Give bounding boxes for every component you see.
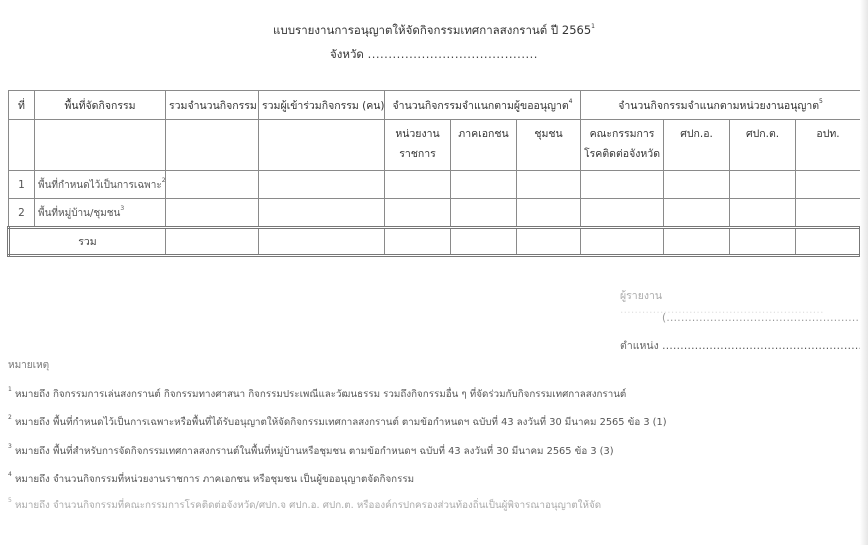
cell-total-participants[interactable] <box>259 171 385 199</box>
subheader-line: ศปก.อ. <box>680 128 713 140</box>
header-by-authority-text: จำนวนกิจกรรมจำแนกตามหน่วยงานอนุญาต <box>618 100 819 112</box>
footnote-mark: 5 <box>8 497 12 504</box>
header-by-requester: จำนวนกิจกรรมจำแนกตามผู้ขออนุญาต4 <box>385 91 581 120</box>
footnote-2: 2 หมายถึง พื้นที่กำหนดไว้เป็นการเฉพาะหรื… <box>8 414 667 430</box>
footnote-mark: 3 <box>8 443 12 450</box>
reporter-name-line: (.......................................… <box>662 312 868 324</box>
row-area-text: พื้นที่หมู่บ้าน/ชุมชน <box>38 208 120 219</box>
subheader-line: หน่วยงาน <box>395 128 439 140</box>
report-title: แบบรายงานการอนุญาตให้จัดกิจกรรมเทศกาลสงก… <box>0 22 868 40</box>
cell-community[interactable] <box>517 199 581 228</box>
province-label: จังหวัด <box>330 47 364 61</box>
cell-subdistrict-center[interactable] <box>730 199 796 228</box>
footnote-mark-3: 3 <box>120 205 124 212</box>
total-participants[interactable] <box>259 228 385 256</box>
report-title-text: แบบรายงานการอนุญาตให้จัดกิจกรรมเทศกาลสงก… <box>273 23 591 37</box>
cell-total-participants[interactable] <box>259 199 385 228</box>
total-local-admin[interactable] <box>796 228 861 256</box>
cell-government[interactable] <box>385 199 451 228</box>
header-total-activities: รวมจำนวนกิจกรรม <box>166 91 259 120</box>
reporter-label: ผู้รายงาน <box>620 290 662 302</box>
header-row-1: ที่ พื้นที่จัดกิจกรรม รวมจำนวนกิจกรรม รว… <box>9 91 861 120</box>
header-blank <box>166 120 259 171</box>
subheader-subdistrict-center: ศปก.ต. <box>730 120 796 171</box>
footnote-text: หมายถึง จำนวนกิจกรรมที่คณะกรรมการโรคติดต… <box>15 500 601 511</box>
header-no: ที่ <box>9 91 35 120</box>
table-row: 1 พื้นที่กำหนดไว้เป็นการเฉพาะ2 <box>9 171 861 199</box>
row-area-text: พื้นที่กำหนดไว้เป็นการเฉพาะ <box>38 180 162 191</box>
position-field[interactable]: ........................................… <box>662 340 862 352</box>
row-number: 1 <box>9 171 35 199</box>
notes-heading: หมายเหตุ <box>8 358 49 373</box>
footnote-4: 4 หมายถึง จำนวนกิจกรรมที่หน่วยงานราชการ … <box>8 471 414 487</box>
footnote-text: หมายถึง จำนวนกิจกรรมที่หน่วยงานราชการ ภา… <box>15 474 414 485</box>
subheader-line: ราชการ <box>399 148 436 160</box>
footnote-mark-5: 5 <box>819 98 823 105</box>
header-blank <box>35 120 166 171</box>
header-total-participants: รวมผู้เข้าร่วมกิจกรรม (คน) <box>259 91 385 120</box>
position-line: ตำแหน่ง ................................… <box>620 337 862 354</box>
subheader-line: โรคติดต่อจังหวัด <box>584 148 660 160</box>
footnote-mark: 4 <box>8 471 12 478</box>
subheader-government: หน่วยงานราชการ <box>385 120 451 171</box>
footnote-3: 3 หมายถึง พื้นที่สำหรับการจัดกิจกรรมเทศก… <box>8 443 614 459</box>
footnote-5: 5 หมายถึง จำนวนกิจกรรมที่คณะกรรมการโรคติ… <box>8 497 601 513</box>
cell-private[interactable] <box>451 171 517 199</box>
cell-subdistrict-center[interactable] <box>730 171 796 199</box>
cell-total-activities[interactable] <box>166 171 259 199</box>
subheader-line: คณะกรรมการ <box>590 128 655 140</box>
cell-private[interactable] <box>451 199 517 228</box>
footnote-text: หมายถึง พื้นที่กำหนดไว้เป็นการเฉพาะหรือพ… <box>15 417 667 428</box>
total-activities[interactable] <box>166 228 259 256</box>
total-government[interactable] <box>385 228 451 256</box>
province-line: จังหวัด ................................… <box>0 46 868 64</box>
total-district-center[interactable] <box>664 228 730 256</box>
total-label: รวม <box>9 228 166 256</box>
report-table: ที่ พื้นที่จัดกิจกรรม รวมจำนวนกิจกรรม รว… <box>7 90 862 257</box>
footnote-mark-1: 1 <box>591 23 595 30</box>
cell-community[interactable] <box>517 171 581 199</box>
footnote-mark-2: 2 <box>162 177 166 184</box>
header-blank <box>9 120 35 171</box>
subheader-provincial-committee: คณะกรรมการโรคติดต่อจังหวัด <box>581 120 664 171</box>
table-row: 2 พื้นที่หมู่บ้าน/ชุมชน3 <box>9 199 861 228</box>
position-label: ตำแหน่ง <box>620 340 659 352</box>
province-field[interactable]: ........................................… <box>368 47 538 61</box>
row-area: พื้นที่หมู่บ้าน/ชุมชน3 <box>35 199 166 228</box>
subheader-line: ภาคเอกชน <box>458 128 508 140</box>
cell-total-activities[interactable] <box>166 199 259 228</box>
header-blank <box>259 120 385 171</box>
row-number: 2 <box>9 199 35 228</box>
total-private[interactable] <box>451 228 517 256</box>
page-edge-shadow <box>860 0 868 545</box>
reporter-name-field[interactable]: (.......................................… <box>662 312 868 324</box>
footnote-mark-4: 4 <box>569 98 573 105</box>
subheader-district-center: ศปก.อ. <box>664 120 730 171</box>
header-by-requester-text: จำนวนกิจกรรมจำแนกตามผู้ขออนุญาต <box>393 100 569 112</box>
footnote-text: หมายถึง พื้นที่สำหรับการจัดกิจกรรมเทศกาล… <box>15 446 614 457</box>
cell-district-center[interactable] <box>664 199 730 228</box>
total-provincial-committee[interactable] <box>581 228 664 256</box>
footnote-mark: 1 <box>8 386 12 393</box>
row-area: พื้นที่กำหนดไว้เป็นการเฉพาะ2 <box>35 171 166 199</box>
subheader-local-admin: อปท. <box>796 120 861 171</box>
total-community[interactable] <box>517 228 581 256</box>
cell-local-admin[interactable] <box>796 199 861 228</box>
cell-provincial-committee[interactable] <box>581 171 664 199</box>
subheader-line: ชุมชน <box>534 128 562 140</box>
footnote-1: 1 หมายถึง กิจกรรมการเล่นสงกรานต์ กิจกรรม… <box>8 386 626 402</box>
subheader-community: ชุมชน <box>517 120 581 171</box>
cell-local-admin[interactable] <box>796 171 861 199</box>
footnote-mark: 2 <box>8 414 12 421</box>
cell-government[interactable] <box>385 171 451 199</box>
footnote-text: หมายถึง กิจกรรมการเล่นสงกรานต์ กิจกรรมทา… <box>15 389 626 400</box>
total-row: รวม <box>9 228 861 256</box>
total-subdistrict-center[interactable] <box>730 228 796 256</box>
header-row-2: หน่วยงานราชการ ภาคเอกชน ชุมชน คณะกรรมการ… <box>9 120 861 171</box>
cell-provincial-committee[interactable] <box>581 199 664 228</box>
header-by-authority: จำนวนกิจกรรมจำแนกตามหน่วยงานอนุญาต5 <box>581 91 861 120</box>
subheader-line: ศปก.ต. <box>746 128 779 140</box>
cell-district-center[interactable] <box>664 171 730 199</box>
header-area: พื้นที่จัดกิจกรรม <box>35 91 166 120</box>
subheader-private: ภาคเอกชน <box>451 120 517 171</box>
subheader-line: อปท. <box>816 128 839 140</box>
